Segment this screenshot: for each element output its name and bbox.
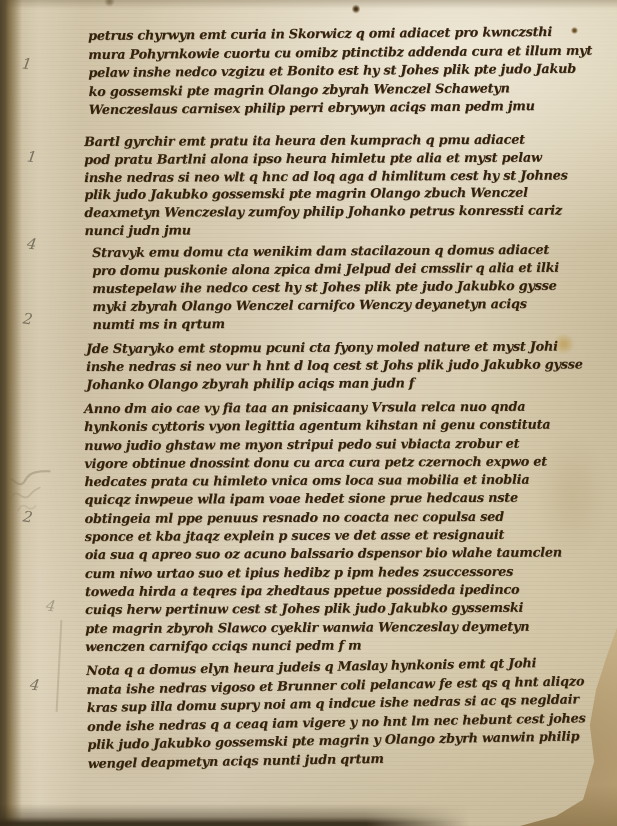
text-line: deaxmetyn Wenczeslay zumfoy philip Johan…	[84, 203, 567, 223]
text-line: Wenczeslaus carnisex philip perri ebrywy…	[89, 98, 593, 121]
text-line: Bartl gyrchir emt pratu ita heura den ku…	[84, 131, 567, 151]
text-line: cuiqs herw pertinuw cest st Johes plik j…	[85, 600, 562, 621]
text-line: Johanko Olango zbyrah philip aciqs man j…	[86, 375, 583, 396]
book-gutter-edge	[0, 0, 24, 826]
text-line: nunci judn jmu	[84, 220, 567, 240]
margin-pencil-number: 4	[29, 675, 41, 694]
text-line: wenczen carnifqo cciqs nunci pedm f m	[85, 636, 562, 657]
manuscript-page: petrus chyrwyn emt curia in Skorwicz q o…	[0, 0, 617, 826]
margin-band	[16, 0, 82, 826]
text-paragraph-6: Nota q a domus elyn heura judeis q Masla…	[86, 654, 586, 774]
text-line: cum niwo urtao suo et ipius hedibz p ipm…	[85, 563, 562, 584]
text-line: quicqz inwpeue wlla ipam voae hedet sion…	[84, 490, 561, 511]
text-line: pod pratu Bartlni alona ipso heura himle…	[84, 149, 567, 169]
text-line: hynkonis cyttoris vyon legittia agentum …	[84, 417, 561, 438]
text-line: oia sua q apreo suo oz acuno balssario d…	[85, 545, 562, 566]
text-line: inshe nedras si neo vur h hnt d loq cest…	[86, 357, 583, 378]
page-top-edge-shadow	[0, 0, 617, 9]
text-line: numti ms in qrtum	[93, 314, 560, 335]
text-line: pte magrin zbyroh Slawco cyeklir wanwia …	[85, 618, 562, 639]
text-paragraph-1: petrus chyrwyn emt curia in Skorwicz q o…	[88, 24, 593, 121]
margin-pencil-number: 4	[26, 234, 38, 253]
text-paragraph-2: Bartl gyrchir emt pratu ita heura den ku…	[84, 131, 568, 240]
text-paragraph-4: Jde Styaryko emt stopmu pcuni cta fyony …	[86, 338, 583, 395]
text-paragraph-3: Stravyk emu domu cta wenikim dam stacila…	[92, 242, 559, 335]
manuscript-photo: petrus chyrwyn emt curia in Skorwicz q o…	[0, 0, 617, 826]
text-paragraph-5: Anno dm aio cae vy fia taa an pnisicaany…	[84, 399, 562, 658]
text-line: nuwo judio ghstaw me myon stripui pedo s…	[84, 435, 561, 456]
page-bottom-edge-shadow	[0, 804, 469, 826]
text-line: myki zbyrah Olango Wenczel carnifco Wenc…	[92, 296, 559, 317]
margin-pencil-number: 4	[45, 596, 57, 615]
